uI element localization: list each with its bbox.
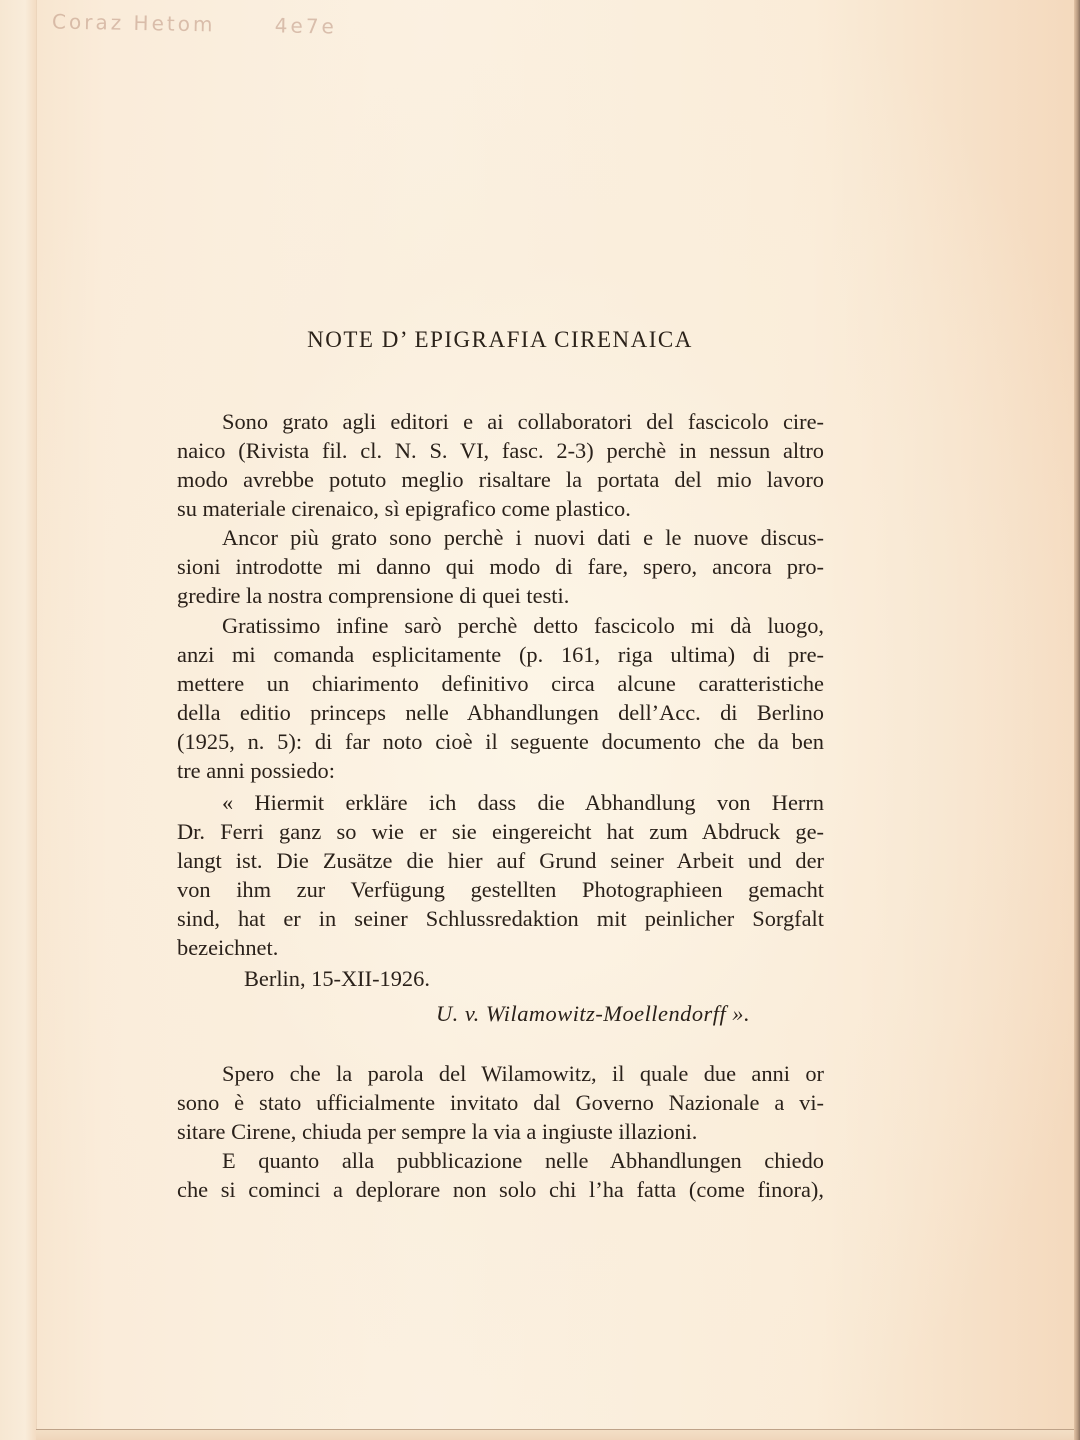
text-line: della editio princeps nelle Abhandlungen… xyxy=(177,698,824,727)
text-line: gredire la nostra comprensione di quei t… xyxy=(177,581,824,610)
pencil-annotation: Coraz Hetom 4e7e xyxy=(52,10,337,39)
text-line: Spero che la parola del Wilamowitz, il q… xyxy=(177,1059,824,1088)
closing-paragraph-1: Spero che la parola del Wilamowitz, il q… xyxy=(177,1059,824,1146)
text-line: sitare Cirene, chiuda per sempre la via … xyxy=(177,1117,824,1146)
text-line: Gratissimo infine sarò perchè detto fasc… xyxy=(177,611,824,640)
text-line: langt ist. Die Zusätze die hier auf Grun… xyxy=(177,846,824,875)
binding-strip xyxy=(0,0,37,1440)
text-line: (1925, n. 5): di far noto cioè il seguen… xyxy=(177,727,824,756)
text-line: su materiale cirenaico, sì epigrafico co… xyxy=(177,494,824,523)
text-line: naico (Rivista fil. cl. N. S. VI, fasc. … xyxy=(177,436,824,465)
pencil-annotation-right: 4e7e xyxy=(275,13,337,38)
text-line: bezeichnet. xyxy=(177,933,824,962)
text-line: mettere un chiarimento definitivo circa … xyxy=(177,669,824,698)
text-line: Ancor più grato sono perchè i nuovi dati… xyxy=(177,523,824,552)
text-line: « Hiermit erkläre ich dass die Abhandlun… xyxy=(177,788,824,817)
quote-date: Berlin, 15-XII-1926. xyxy=(244,966,430,992)
quoted-declaration: « Hiermit erkläre ich dass die Abhandlun… xyxy=(177,788,824,962)
paragraph-2: Ancor più grato sono perchè i nuovi dati… xyxy=(177,523,824,610)
pencil-annotation-left: Coraz Hetom xyxy=(52,10,216,37)
quote-signature: U. v. Wilamowitz-Moellendorff ». xyxy=(436,1001,750,1027)
text-line: sind, hat er in seiner Schlussredaktion … xyxy=(177,904,824,933)
paragraph-3: Gratissimo infine sarò perchè detto fasc… xyxy=(177,611,824,785)
document-title: NOTE D’ EPIGRAFIA CIRENAICA xyxy=(0,327,1000,353)
text-line: anzi mi comanda esplicitamente (p. 161, … xyxy=(177,640,824,669)
text-line: modo avrebbe potuto meglio risaltare la … xyxy=(177,465,824,494)
text-line: Dr. Ferri ganz so wie er sie eingereicht… xyxy=(177,817,824,846)
text-line: sioni introdotte mi danno qui modo di fa… xyxy=(177,552,824,581)
bottom-edge xyxy=(36,1429,1074,1440)
closing-paragraph-2: E quanto alla pubblicazione nelle Abhand… xyxy=(177,1146,824,1204)
text-line: sono è stato ufficialmente invitato dal … xyxy=(177,1088,824,1117)
text-line: E quanto alla pubblicazione nelle Abhand… xyxy=(177,1146,824,1175)
paragraph-1: Sono grato agli editori e ai collaborato… xyxy=(177,407,824,523)
text-line: tre anni possiedo: xyxy=(177,756,824,785)
text-line: che si cominci a deplorare non solo chi … xyxy=(177,1175,824,1204)
text-line: von ihm zur Verfügung gestellten Photogr… xyxy=(177,875,824,904)
text-line: Sono grato agli editori e ai collaborato… xyxy=(177,407,824,436)
torn-right-edge xyxy=(1074,0,1080,1440)
